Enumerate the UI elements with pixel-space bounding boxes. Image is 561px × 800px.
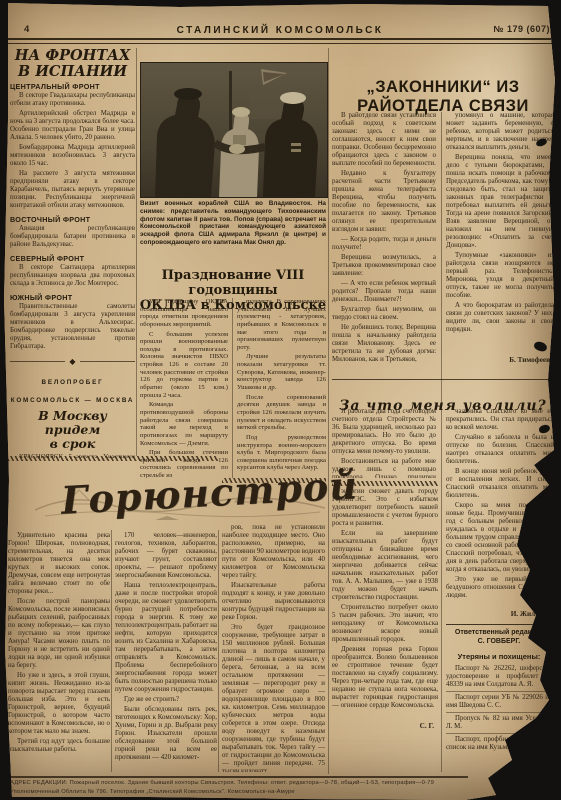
newspaper-page: 4 СТАЛИНСКИЙ КОМСОМОЛЬСК № 179 (607) НА …	[0, 0, 561, 800]
footer-imprint: Уполномоченный Обллита № 796. Типография…	[10, 789, 550, 795]
column-rule	[232, 298, 233, 478]
paragraph: чальника Спасского ко мне не прекратилис…	[446, 408, 554, 432]
paragraph: ров, пока не установили наиболее подходя…	[222, 524, 325, 580]
paragraph: Если на завершение изыскательных работ б…	[332, 530, 438, 602]
section-spain-fronts: НА ФРОНТАХ В ИСПАНИИ ЦЕНТРАЛЬНЫЙ ФРОНТ В…	[10, 48, 135, 458]
paragraph: Верещина возмутилась, а Третьяков проком…	[332, 254, 436, 278]
okdva-column-2: пулемета. В соревнованиях участвовали 16…	[237, 298, 326, 478]
paragraph: Пропуск № 82 на имя Усенкова Л. М.	[446, 712, 552, 731]
paragraph: Изыскательные работы подходят к концу, и…	[222, 582, 325, 622]
okdva-column-1: VIII годовщину ОКДВА осоавиахимовцы наше…	[140, 298, 228, 478]
front-subhead-central: ЦЕНТРАЛЬНЫЙ ФРОНТ	[10, 82, 135, 91]
paragraph: Бомбардировка Мадрида артиллерией мятежн…	[10, 144, 135, 168]
paragraph: Паспорт, профбилет и трудовой список на …	[446, 733, 552, 752]
footer-rule	[8, 776, 468, 778]
goryun-title-block: Горюнстрой	[35, 464, 325, 528]
paragraph: Команда противовоздушной обороны райотде…	[140, 401, 228, 447]
paragraph: Строительство потребует около 5 тысяч ра…	[332, 604, 438, 644]
paragraph: Я работала два года счетоводом счетного …	[332, 408, 436, 456]
paragraph: Артиллерийский обстрел Мадрида в ночь на…	[10, 110, 135, 142]
paragraph: Паспорт № 262262, шоферское удостоверени…	[446, 663, 552, 689]
goryun-column-2: 170 человек—инженеров, геологов, технико…	[115, 532, 217, 772]
paragraph: Где же ее строить?	[115, 696, 217, 704]
front-central-paragraphs: В секторе Гвадалахары республиканцы отби…	[10, 92, 135, 212]
front-subhead-east: ВОСТОЧНЫЙ ФРОНТ	[10, 215, 135, 224]
paragraph: Удивительно красива река Горюн! Широкая,…	[8, 532, 110, 596]
spain-title-line1: НА ФРОНТАХ	[15, 48, 130, 64]
paragraph: С большим успехом прошли военизированные…	[140, 331, 228, 400]
paragraph: После пестрой панорамы Комсомольска, пос…	[8, 598, 110, 670]
velo-title-line2: в срок	[50, 436, 96, 451]
photo-us-ships-visit	[140, 62, 328, 198]
photo-illustration	[141, 63, 327, 197]
uvolili-column-2: чальника Спасского ко мне не прекратилис…	[446, 408, 554, 610]
spain-title-line2: В ИСПАНИИ	[18, 63, 127, 80]
front-east-paragraphs: Авиация республиканцев бомбардировала ба…	[10, 225, 135, 251]
diamond-divider-icon: ◆	[69, 357, 75, 366]
uvolili-signature: И. Жилиева	[446, 610, 556, 618]
issue-number: № 179 (607)	[455, 24, 550, 34]
editor-credit: Ответственный редактор С. ГОВБЕРГ.	[446, 624, 552, 646]
spain-title: НА ФРОНТАХ В ИСПАНИИ	[10, 48, 135, 79]
paragraph: Скоро на меня посыпались новые беды. Про…	[446, 502, 554, 574]
front-south-paragraphs: Правительственные самолеты бомбардировал…	[10, 303, 135, 353]
paragraph: На рассвете 3 августа мятежники предприн…	[10, 170, 135, 210]
editor-name: С. ГОВБЕРГ.	[478, 638, 521, 645]
paragraph: А что бюрократам из райотдела связи до с…	[446, 302, 554, 334]
paragraph: Случайно я заболела и была в отпуске по …	[446, 434, 554, 466]
lost-documents-section: Утеряны и похищены: Паспорт № 262262, шо…	[446, 652, 552, 783]
paragraph: Но уже и здесь, в этой глуши, кипит жизн…	[8, 672, 110, 736]
zakonniki-headline-line1: „ЗАКОННИКИ“ ИЗ	[366, 78, 519, 96]
column-rule	[328, 48, 329, 774]
column-rule	[218, 530, 219, 772]
front-subhead-north: СЕВЕРНЫЙ ФРОНТ	[10, 254, 135, 263]
paragraph: После соревнований десятки девушек завод…	[237, 394, 326, 432]
paragraph: пулемета. В соревнованиях участвовали 16…	[237, 298, 326, 351]
velo-kicker-line2: КОМСОМОЛЬСК — МОСКВА	[11, 397, 135, 404]
paragraph: — Когда родите, тогда и деньги получите!	[332, 236, 436, 252]
front-north-paragraphs: В секторе Сантандера артиллерия республи…	[10, 264, 135, 290]
lost-documents-items: Паспорт № 262262, шоферское удостоверени…	[446, 663, 552, 783]
zakonniki-column-2: упомянул о машине, которая может задавит…	[446, 112, 554, 354]
paragraph: Правительственные самолеты бомбардировал…	[10, 303, 135, 351]
paragraph: энергии сможет давать городу ГорюнГЭС. Э…	[332, 488, 438, 528]
paragraph: VIII годовщину ОКДВА осоавиахимовцы наше…	[140, 298, 228, 329]
paragraph: 170 человек—инженеров, геологов, технико…	[115, 532, 217, 580]
column-rule	[136, 48, 137, 456]
paragraph: В конце июня мой ребенок умер от воспале…	[446, 468, 554, 500]
goryun-column-1: Удивительно красива река Горюн! Широкая,…	[8, 532, 110, 772]
zakonniki-headline: „ЗАКОННИКИ“ ИЗ РАЙОТДЕЛА СВЯЗИ	[332, 78, 554, 117]
paragraph: Древняя горная река Горюн преобразится. …	[332, 646, 438, 710]
paragraph: Это будет грандиозное сооружение, требую…	[222, 624, 325, 772]
paragraph: Авиация республиканцев бомбардировала ба…	[10, 225, 135, 249]
column-rule	[441, 112, 442, 772]
paragraph: Наша теплоэлектроцентраль, даже и после …	[115, 582, 217, 694]
velo-kicker: ВЕЛОПРОБЕГ КОМСОМОЛЬСК — МОСКВА	[10, 371, 135, 407]
paragraph: В секторе Сантандера артиллерия республи…	[10, 264, 135, 288]
wavy-border	[8, 456, 218, 461]
paragraph: Были обследованы пять рек, тяготеющих к …	[115, 706, 217, 762]
paragraph: Бухгалтер был неумолим, он твердо стоял …	[332, 306, 436, 322]
goryun-signature: С. Г.	[332, 722, 440, 730]
masthead-title: СТАЛИНСКИЙ КОМСОМОЛЬСК	[140, 25, 420, 36]
paragraph: — А что если ребенок мертвый родится? Пр…	[332, 280, 436, 304]
zakonniki-column-1: В райотделе связи установился особый под…	[332, 112, 436, 366]
footer-address: АДРЕС РЕДАКЦИИ: Пожарный поселок. Здание…	[10, 780, 550, 786]
velo-title: В Москву придем в срок	[10, 409, 135, 451]
paragraph: Не добившись толку, Верещина пошла к нач…	[332, 324, 436, 364]
goryun-column-4: энергии сможет давать городу ГорюнГЭС. Э…	[332, 488, 438, 724]
header-rule	[8, 38, 552, 44]
zakonniki-signature: Б. Тимофеев	[446, 356, 556, 364]
paragraph: Лучшие результаты показали хетагуровки т…	[237, 353, 326, 391]
okdva-headline-line1: Празднование VIII годовщины	[162, 268, 305, 298]
paragraph: В секторе Гвадалахары республиканцы отби…	[10, 92, 135, 108]
goryun-column-3: ров, пока не установили наиболее подходя…	[222, 524, 325, 772]
paragraph: В райотделе связи установился особый под…	[332, 112, 436, 168]
front-subhead-south: ЮЖНЫЙ ФРОНТ	[10, 293, 135, 302]
article-separator-rule	[332, 379, 554, 380]
photo-caption: Визит военных кораблей США во Владивосто…	[140, 200, 326, 252]
editor-credit-line1: Ответственный редактор	[455, 629, 543, 636]
paragraph: Верещина поняла, что имеет дело с тупыми…	[446, 154, 554, 250]
page-number: 4	[24, 24, 30, 35]
paragraph: Тупоумные «законники» из райотдела связи…	[446, 252, 554, 300]
paragraph: Третий год идут здесь большие изыскатель…	[8, 738, 110, 754]
section-divider: ◆	[10, 357, 135, 366]
column-rule	[111, 530, 112, 772]
paragraph: Недавно к бухгалтеру расчетной части Тре…	[332, 170, 436, 234]
velo-kicker-line1: ВЕЛОПРОБЕГ	[42, 379, 104, 386]
paragraph: Это уже не первый случай бездушного отно…	[446, 576, 554, 600]
lost-documents-title: Утеряны и похищены:	[446, 652, 552, 661]
paragraph: Паспорт серии УБ № 229026 на имя Шведова…	[446, 691, 552, 710]
velo-title-line1: В Москву придем	[38, 408, 107, 437]
